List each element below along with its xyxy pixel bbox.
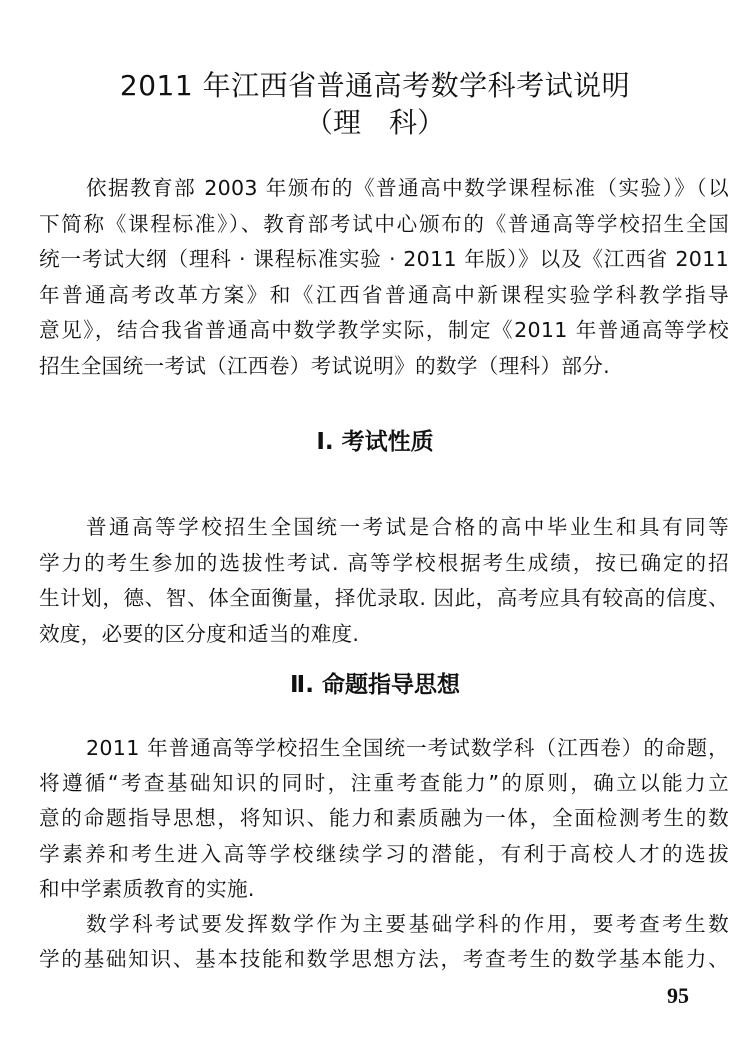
paragraph-line: 学素养和考生进入高等学校继续学习的潜能，有利于高校人才的选拔	[39, 842, 729, 866]
paragraph-line: 学力的考生参加的选拔性考试. 高等学校根据考生成绩，按已确定的招	[39, 551, 729, 575]
document-page: 2011 年江西省普通高考数学科考试说明 （理 科） 依据教育部 2003 年颁…	[0, 0, 750, 1060]
paragraph-line: 生计划，德、智、体全面衡量，择优录取. 因此，高考应具有较高的信度、	[39, 586, 729, 610]
paragraph-line: 效度，必要的区分度和适当的难度.	[39, 622, 729, 646]
document-subtitle: （理 科）	[0, 101, 750, 141]
paragraph-line: 依据教育部 2003 年颁布的《普通高中数学课程标准（实验）》（以	[86, 176, 729, 200]
document-title: 2011 年江西省普通高考数学科考试说明	[0, 64, 750, 104]
paragraph-line: 招生全国统一考试（江西卷）考试说明》的数学（理科）部分.	[39, 354, 729, 378]
page-number: 95	[667, 983, 689, 1009]
paragraph-line: 意见》，结合我省普通高中数学教学实际，制定《2011 年普通高等学校	[39, 318, 729, 342]
paragraph-line: 数学科考试要发挥数学作为主要基础学科的作用，要考查考生数	[86, 912, 729, 936]
section-heading-2: Ⅱ. 命题指导思想	[0, 666, 750, 699]
section-heading-1: Ⅰ. 考试性质	[0, 423, 750, 456]
paragraph-line: 学的基础知识、基本技能和数学思想方法，考查考生的数学基本能力、	[39, 947, 729, 971]
paragraph-line: 年普通高考改革方案》和《江西省普通高中新课程实验学科教学指导	[39, 283, 729, 307]
paragraph-line: 意的命题指导思想，将知识、能力和素质融为一体，全面检测考生的数	[39, 806, 729, 830]
paragraph-line: 2011 年普通高等学校招生全国统一考试数学科（江西卷）的命题，	[86, 736, 729, 760]
paragraph-line: 下简称《课程标准》）、教育部考试中心颁布的《普通高等学校招生全国	[39, 212, 729, 236]
paragraph-line: 将遵循“考查基础知识的同时，注重考查能力”的原则，确立以能力立	[39, 771, 729, 795]
paragraph-line: 和中学素质教育的实施.	[39, 877, 729, 901]
paragraph-line: 统一考试大纲（理科 · 课程标准实验 · 2011 年版）》以及《江西省 201…	[39, 247, 729, 271]
paragraph-line: 普通高等学校招生全国统一考试是合格的高中毕业生和具有同等	[86, 515, 729, 539]
